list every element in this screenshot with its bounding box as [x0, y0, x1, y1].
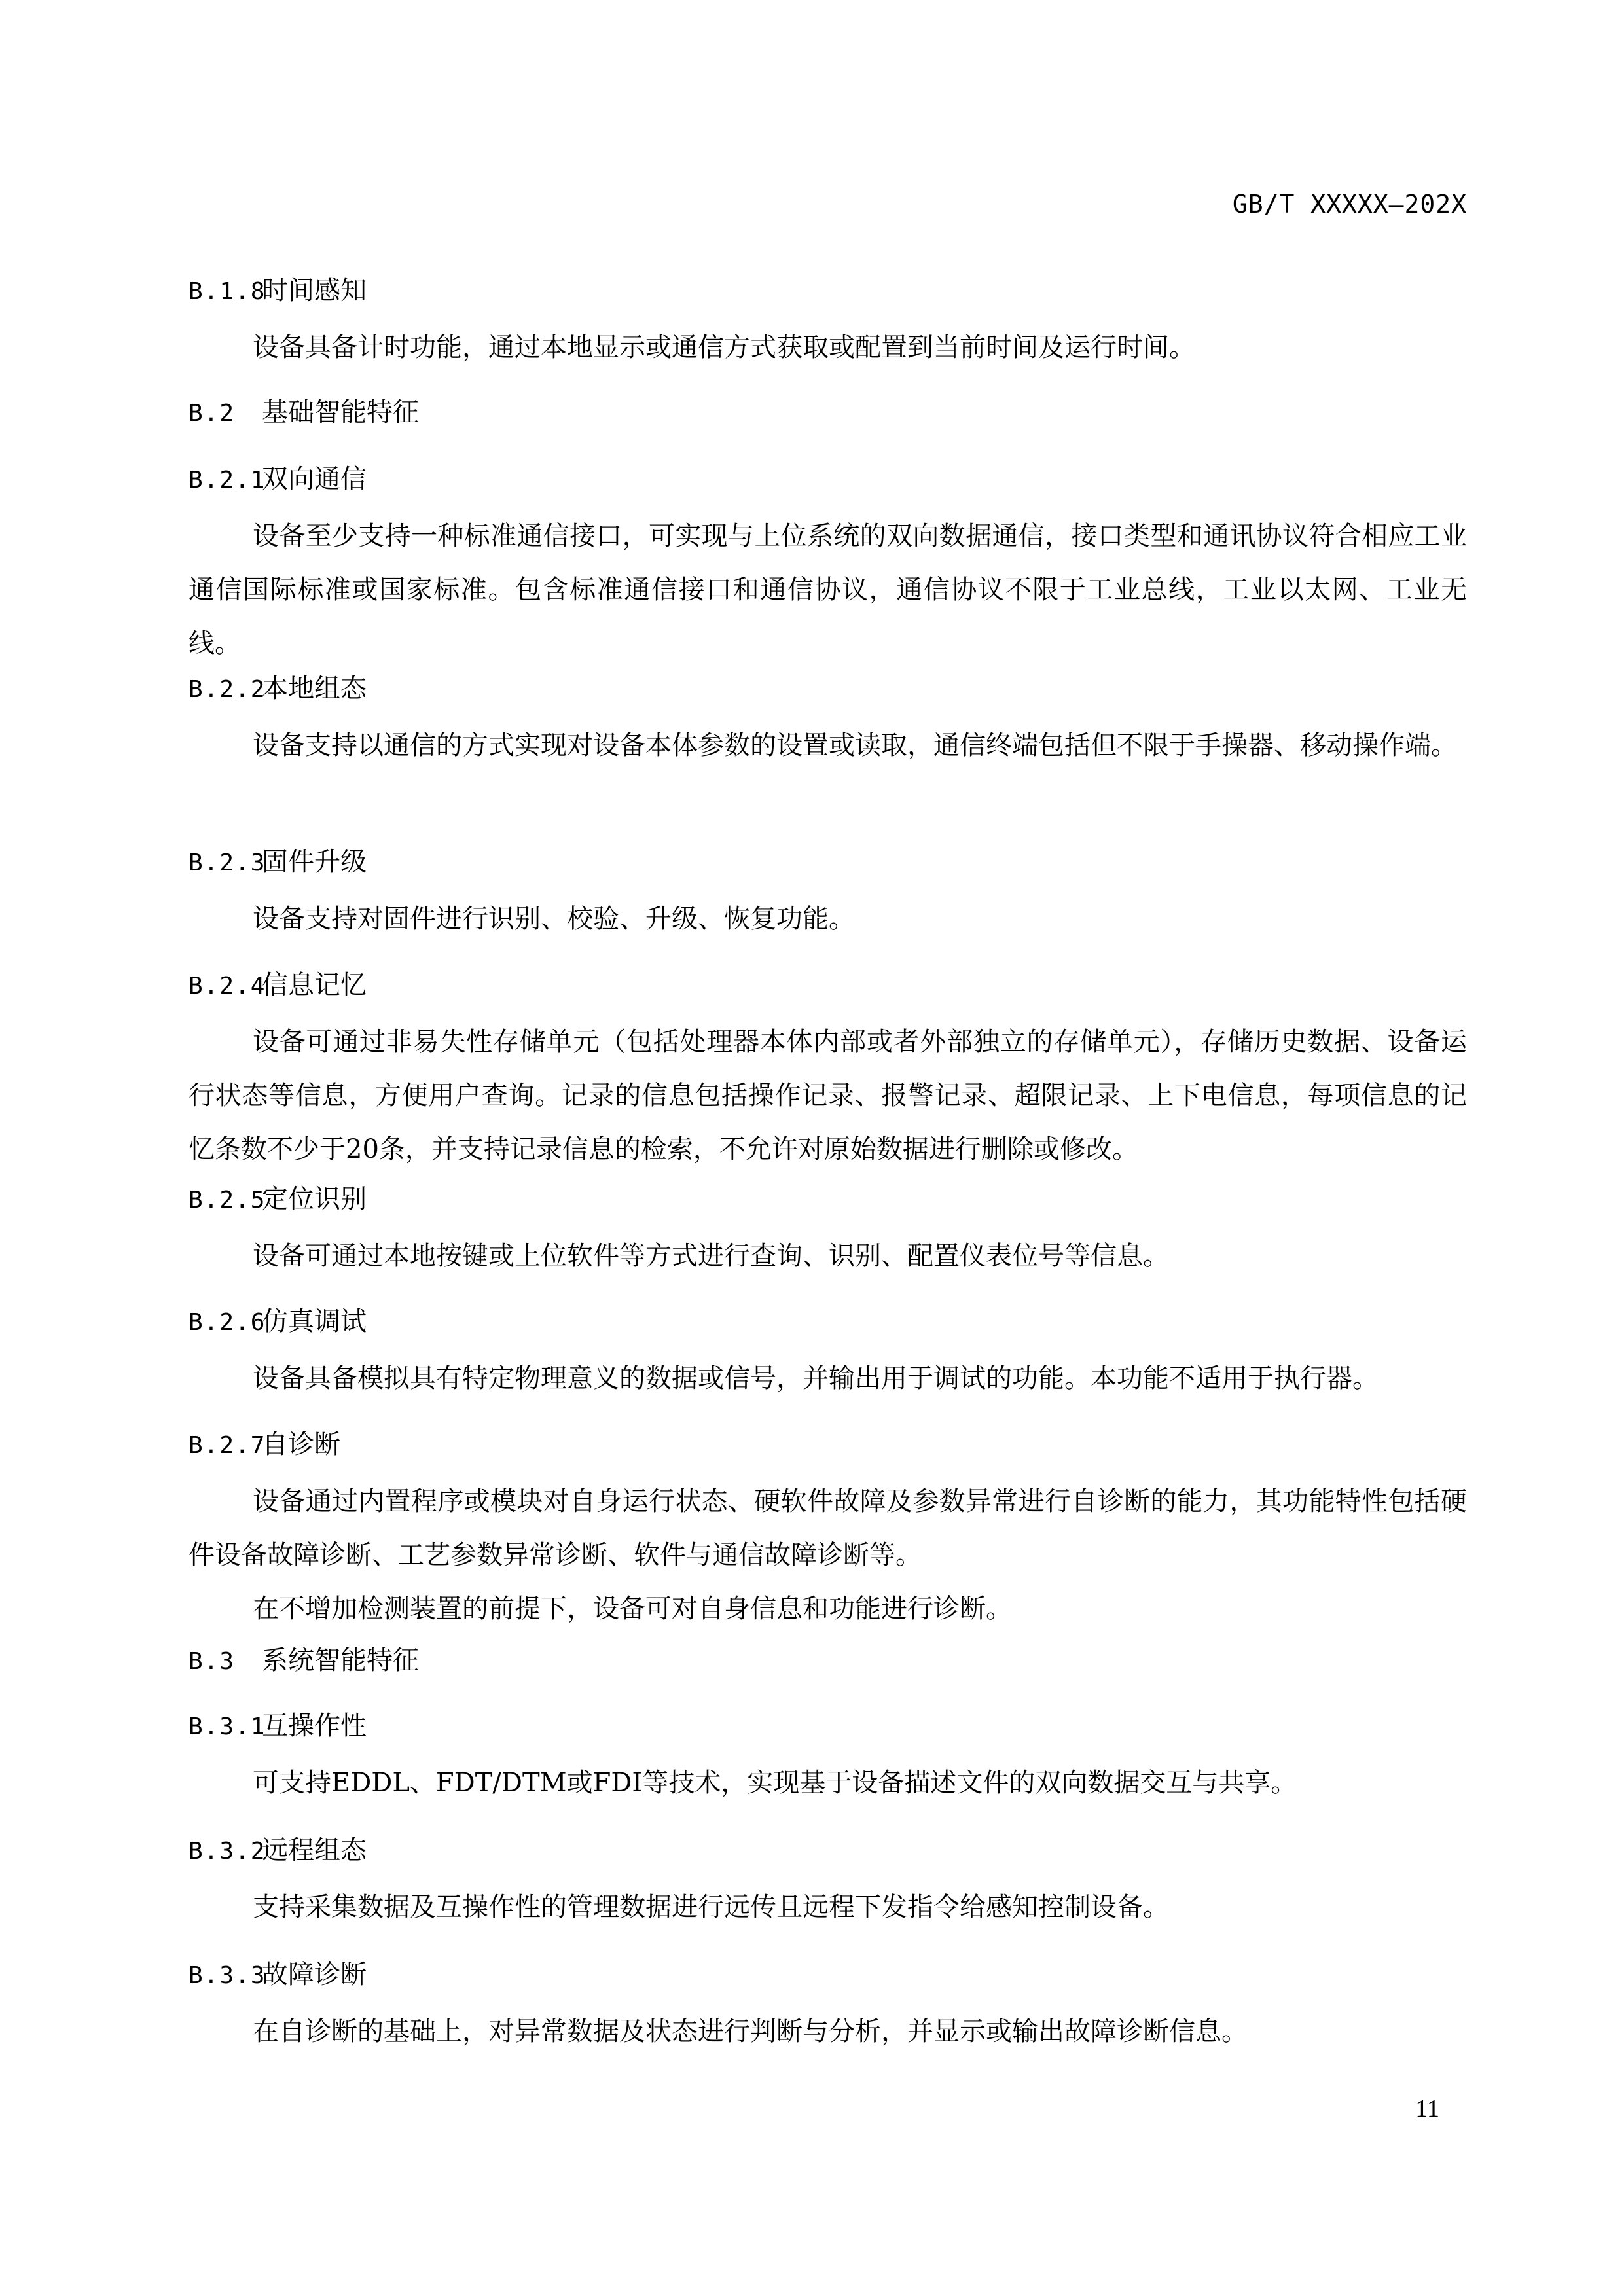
- section-heading-b-3-3: B.3.3故障诊断: [189, 1954, 367, 1991]
- paragraph: 设备具备计时功能，通过本地显示或通信方式获取或配置到当前时间及运行时间。: [189, 321, 1467, 374]
- section-heading-b-3: B.3系统智能特征: [189, 1640, 419, 1677]
- section-heading-b-1-8: B.1.8时间感知: [189, 270, 367, 307]
- section-heading-b-2: B.2基础智能特征: [189, 391, 419, 429]
- paragraph: 设备支持对固件进行识别、校验、升级、恢复功能。: [189, 892, 1467, 946]
- document-page: GB/T XXXXX—202X B.1.8时间感知 设备具备计时功能，通过本地显…: [0, 0, 1624, 2296]
- section-heading-b-2-6: B.2.6仿真调试: [189, 1300, 367, 1338]
- paragraph: 设备通过内置程序或模块对自身运行状态、硬软件故障及参数异常进行自诊断的能力，其功…: [189, 1475, 1467, 1582]
- section-heading-b-2-2: B.2.2本地组态: [189, 668, 367, 705]
- paragraph: 设备可通过本地按键或上位软件等方式进行查询、识别、配置仪表位号等信息。: [189, 1229, 1467, 1283]
- standard-code-header: GB/T XXXXX—202X: [1233, 190, 1467, 219]
- section-heading-b-3-2: B.3.2远程组态: [189, 1829, 367, 1867]
- paragraph: 支持采集数据及互操作性的管理数据进行远传且远程下发指令给感知控制设备。: [189, 1880, 1467, 1934]
- paragraph: 在自诊断的基础上，对异常数据及状态进行判断与分析，并显示或输出故障诊断信息。: [189, 2005, 1467, 2058]
- paragraph: 设备支持以通信的方式实现对设备本体参数的设置或读取，通信终端包括但不限于手操器、…: [189, 719, 1467, 772]
- section-heading-b-2-1: B.2.1双向通信: [189, 458, 367, 495]
- paragraph: 在不增加检测装置的前提下，设备可对自身信息和功能进行诊断。: [189, 1582, 1467, 1636]
- section-heading-b-2-4: B.2.4信息记忆: [189, 964, 367, 1001]
- paragraph: 设备可通过非易失性存储单元（包括处理器本体内部或者外部独立的存储单元），存储历史…: [189, 1015, 1467, 1176]
- section-heading-b-2-3: B.2.3固件升级: [189, 841, 367, 878]
- section-heading-b-2-5: B.2.5定位识别: [189, 1178, 367, 1215]
- section-heading-b-2-7: B.2.7自诊断: [189, 1424, 340, 1461]
- paragraph: 设备至少支持一种标准通信接口，可实现与上位系统的双向数据通信，接口类型和通讯协议…: [189, 509, 1467, 670]
- paragraph: 设备具备模拟具有特定物理意义的数据或信号，并输出用于调试的功能。本功能不适用于执…: [189, 1352, 1467, 1405]
- section-heading-b-3-1: B.3.1互操作性: [189, 1705, 367, 1742]
- page-number: 11: [1415, 2094, 1439, 2123]
- paragraph: 可支持EDDL、FDT/DTM或FDI等技术，实现基于设备描述文件的双向数据交互…: [189, 1756, 1467, 1810]
